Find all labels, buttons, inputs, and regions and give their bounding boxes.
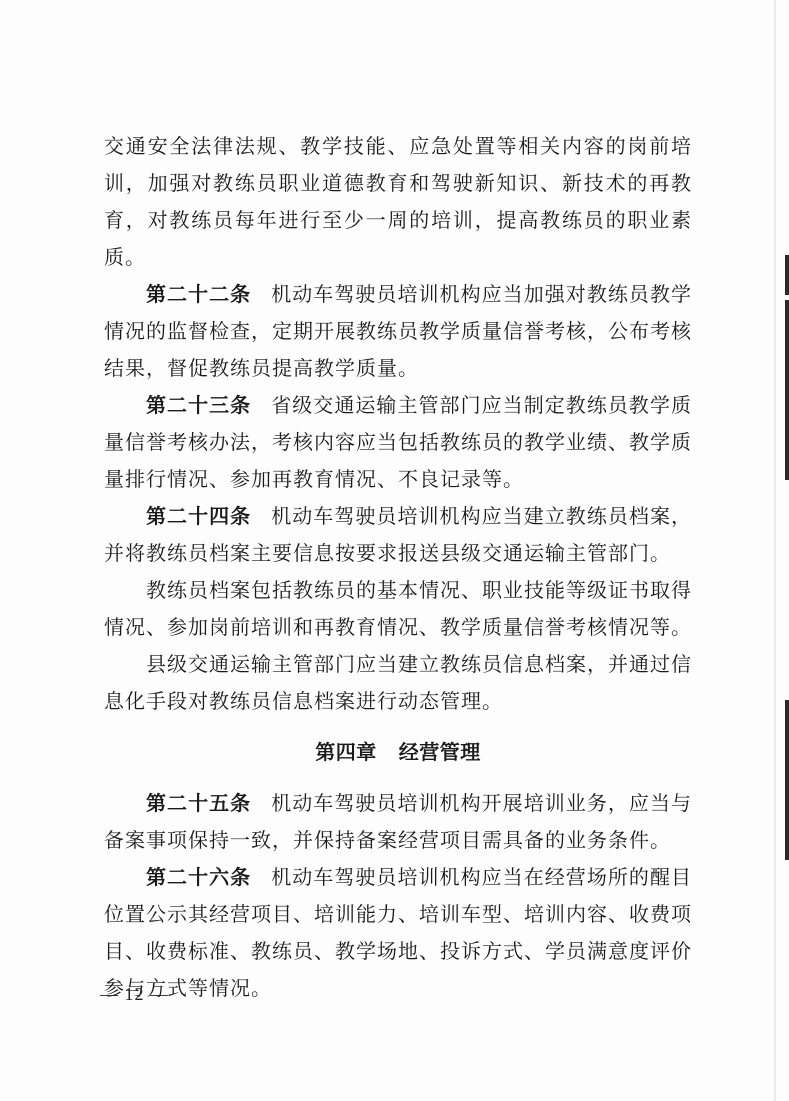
article-23: 第二十三条省级交通运输主管部门应当制定教练员教学质量信誉考核办法，考核内容应当包… xyxy=(104,387,692,498)
article-heading: 第二十四条 xyxy=(146,504,251,528)
page-number: — 12 — xyxy=(100,984,169,1005)
article-24: 第二十四条机动车驾驶员培训机构应当建立教练员档案，并将教练员档案主要信息按要求报… xyxy=(104,498,692,572)
chapter-heading: 第四章经营管理 xyxy=(104,734,692,771)
paragraph-text: 交通安全法律法规、教学技能、应急处置等相关内容的岗前培训，加强对教练员职业道德教… xyxy=(104,134,692,269)
scan-edge-shadow xyxy=(774,0,776,1101)
paragraph-continuation: 交通安全法律法规、教学技能、应急处置等相关内容的岗前培训，加强对教练员职业道德教… xyxy=(104,128,692,276)
article-25: 第二十五条机动车驾驶员培训机构开展培训业务，应当与备案事项保持一致，并保持备案经… xyxy=(104,785,692,859)
article-heading: 第二十二条 xyxy=(146,282,251,306)
paragraph-text: 教练员档案包括教练员的基本情况、职业技能等级证书取得情况、参加岗前培训和再教育情… xyxy=(104,578,692,639)
paragraph-archive-content: 教练员档案包括教练员的基本情况、职业技能等级证书取得情况、参加岗前培训和再教育情… xyxy=(104,572,692,646)
article-26: 第二十六条机动车驾驶员培训机构应当在经营场所的醒目位置公示其经营项目、培训能力、… xyxy=(104,859,692,1007)
article-heading: 第二十五条 xyxy=(146,791,251,815)
scan-artifact-mark xyxy=(785,255,789,295)
document-body: 交通安全法律法规、教学技能、应急处置等相关内容的岗前培训，加强对教练员职业道德教… xyxy=(104,128,692,1007)
paragraph-text: 县级交通运输主管部门应当建立教练员信息档案，并通过信息化手段对教练员信息档案进行… xyxy=(104,652,692,713)
article-heading: 第二十三条 xyxy=(146,393,251,417)
chapter-number: 第四章 xyxy=(315,740,377,764)
chapter-title: 经营管理 xyxy=(399,740,481,764)
article-heading: 第二十六条 xyxy=(146,865,251,889)
scan-artifact-mark xyxy=(785,300,789,480)
paragraph-county-archive: 县级交通运输主管部门应当建立教练员信息档案，并通过信息化手段对教练员信息档案进行… xyxy=(104,646,692,720)
scan-artifact-mark xyxy=(785,700,789,860)
document-page: 交通安全法律法规、教学技能、应急处置等相关内容的岗前培训，加强对教练员职业道德教… xyxy=(0,0,789,1101)
article-22: 第二十二条机动车驾驶员培训机构应当加强对教练员教学情况的监督检查，定期开展教练员… xyxy=(104,276,692,387)
